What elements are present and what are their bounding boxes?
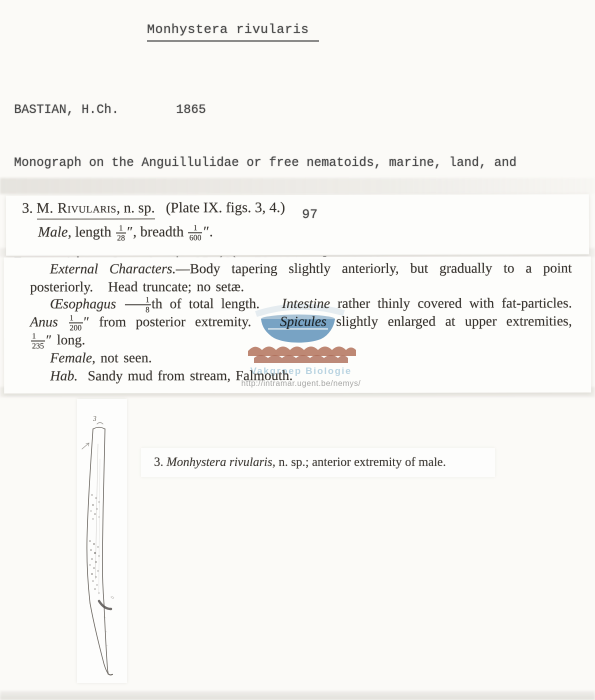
scanned-document-page: Monhystera rivularis BASTIAN, H.Ch.1865 … <box>0 0 595 700</box>
reference-author-year: BASTIAN, H.Ch.1865 <box>14 103 517 119</box>
page-title: Monhystera rivularis <box>147 20 319 42</box>
fraction-anus: 1200 <box>69 315 83 333</box>
fraction-spicules: 1235 <box>31 333 45 351</box>
excerpt-description-clipping: External Characters.—Body tapering sligh… <box>4 256 591 393</box>
figure-number-label: 3 <box>92 415 97 423</box>
caption-species-name: Monhystera rivularis <box>167 455 273 469</box>
nematode-figure: 3 <box>77 399 127 683</box>
female-line: Female, not seen. <box>30 350 572 369</box>
page-number: 97 <box>302 207 318 222</box>
description-text: External Characters.—Body tapering sligh… <box>30 261 572 386</box>
species-number: 3. <box>22 201 37 217</box>
habitat-line: Hab. Sandy mud from stream, Falmouth. <box>30 367 572 386</box>
reference-title-line1: Monograph on the Anguillulidae or free n… <box>14 156 517 172</box>
fraction-length: 128 <box>116 224 126 242</box>
excerpt-heading-clipping: 3. M. Rivularis, n. sp.(Plate IX. figs. … <box>6 194 589 256</box>
anatomy-line1: Œsophagus 18th of total length. Intestin… <box>30 296 572 315</box>
nematode-drawing: 3 <box>77 399 127 683</box>
fraction-breadth: 1600 <box>188 224 202 242</box>
species-name-underlined: M. Rivularis, n. sp. <box>36 200 154 219</box>
figure-caption: 3. Monhystera rivularis, n. sp.; anterio… <box>141 448 495 470</box>
reference-year: 1865 <box>176 103 206 117</box>
page-title-text: Monhystera rivularis <box>147 22 319 42</box>
measurements-line: Male, length 128″, breadth 1600″. <box>38 224 213 242</box>
anatomy-line3: 1235″ long. <box>30 332 572 351</box>
external-characters-line1: External Characters.—Body tapering sligh… <box>30 261 572 280</box>
scan-artifact-band <box>0 691 595 700</box>
plate-reference: (Plate IX. figs. 3, 4.) <box>166 200 285 216</box>
anatomy-line2: Anus 1200″ from posterior extremity. Spi… <box>30 314 572 333</box>
figure-caption-strip: 3. Monhystera rivularis, n. sp.; anterio… <box>141 448 495 477</box>
fraction-oesophagus: 18 <box>124 296 150 314</box>
species-heading: 3. M. Rivularis, n. sp.(Plate IX. figs. … <box>22 200 318 218</box>
external-characters-line2: posteriorly. Head truncate; no setæ. <box>30 278 572 297</box>
reference-author: BASTIAN, H.Ch. <box>14 103 119 117</box>
